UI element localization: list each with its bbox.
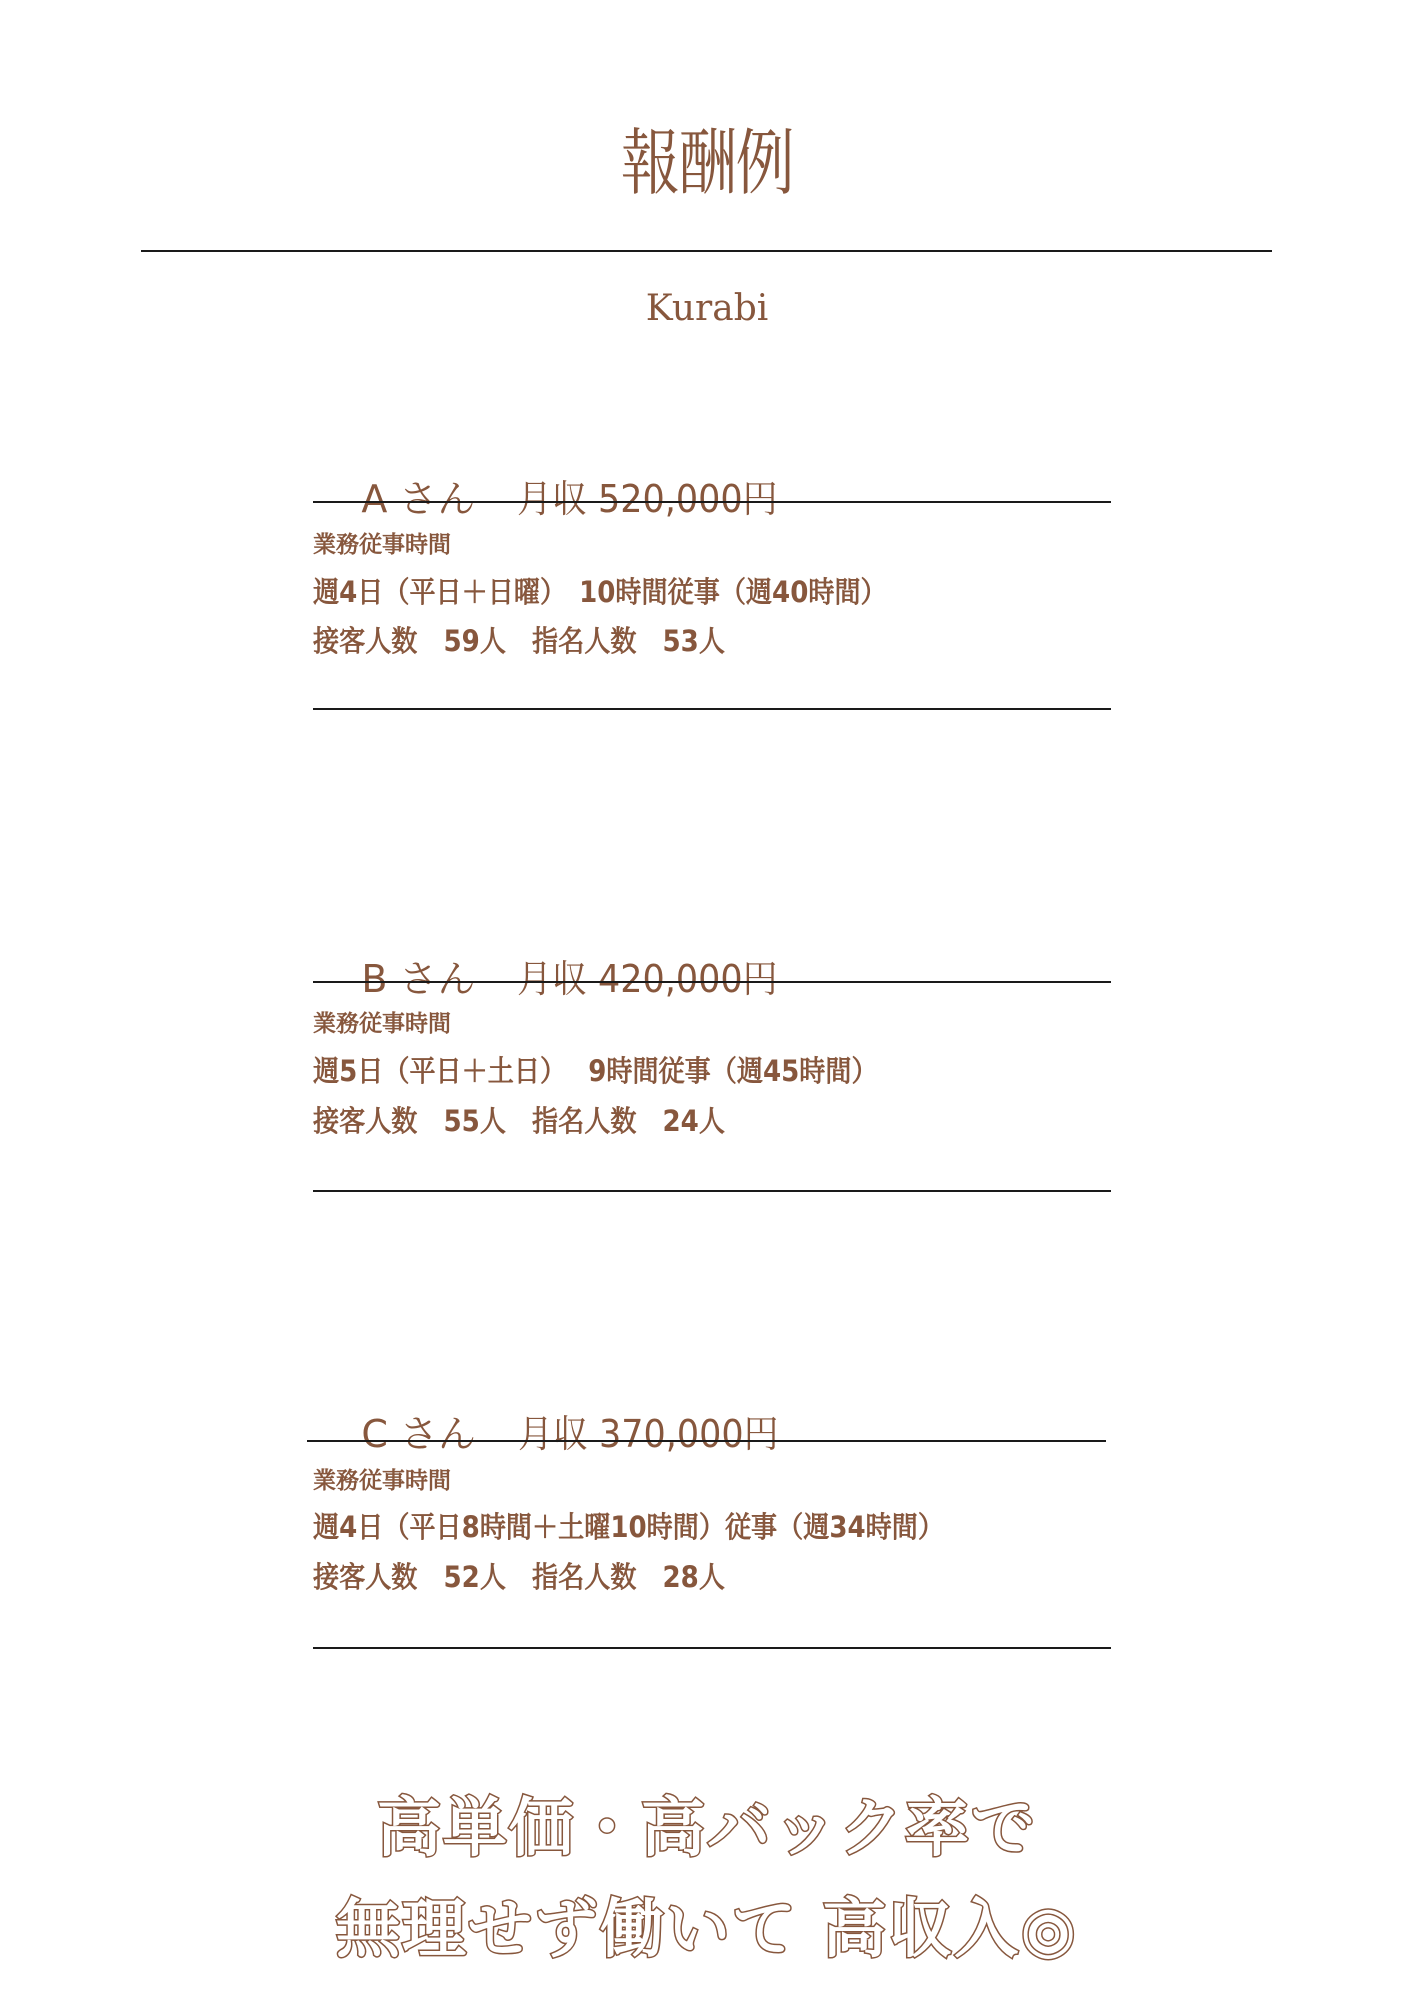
work-schedule: 週4日（平日＋日曜） 10時間従事（週40時間） (313, 574, 887, 610)
brand-name: Kurabi (0, 286, 1414, 332)
customer-stats: 接客人数 59人 指名人数 53人 (313, 623, 725, 659)
example-footer-divider (313, 1647, 1111, 1649)
slogan-line-1: 高単価・高バック率で (0, 1789, 1414, 1869)
work-hours-label: 業務従事時間 (313, 1010, 451, 1038)
example-name: C さん (361, 1411, 476, 1457)
example-name: B さん (361, 956, 475, 1002)
example-header-divider (313, 501, 1111, 503)
example-header-divider (307, 1440, 1106, 1442)
example-name: A さん (361, 476, 475, 522)
customer-stats: 接客人数 55人 指名人数 24人 (313, 1103, 725, 1139)
monthly-income: 月収 370,000円 (518, 1411, 779, 1457)
work-schedule: 週5日（平日＋土日） 9時間従事（週45時間） (313, 1053, 878, 1089)
example-header-divider (313, 981, 1111, 983)
work-hours-label: 業務従事時間 (313, 1467, 451, 1495)
example-footer-divider (313, 708, 1111, 710)
monthly-income: 月収 420,000円 (517, 956, 778, 1002)
customer-stats: 接客人数 52人 指名人数 28人 (313, 1559, 725, 1595)
work-schedule: 週4日（平日8時間＋土曜10時間）従事（週34時間） (313, 1509, 944, 1545)
example-footer-divider (313, 1190, 1111, 1192)
title-divider (141, 250, 1272, 252)
work-hours-label: 業務従事時間 (313, 531, 451, 559)
monthly-income: 月収 520,000円 (517, 476, 778, 522)
page-title: 報酬例 (127, 118, 1286, 208)
slogan-line-2: 無理せず働いて 高収入◎ (0, 1890, 1414, 1970)
